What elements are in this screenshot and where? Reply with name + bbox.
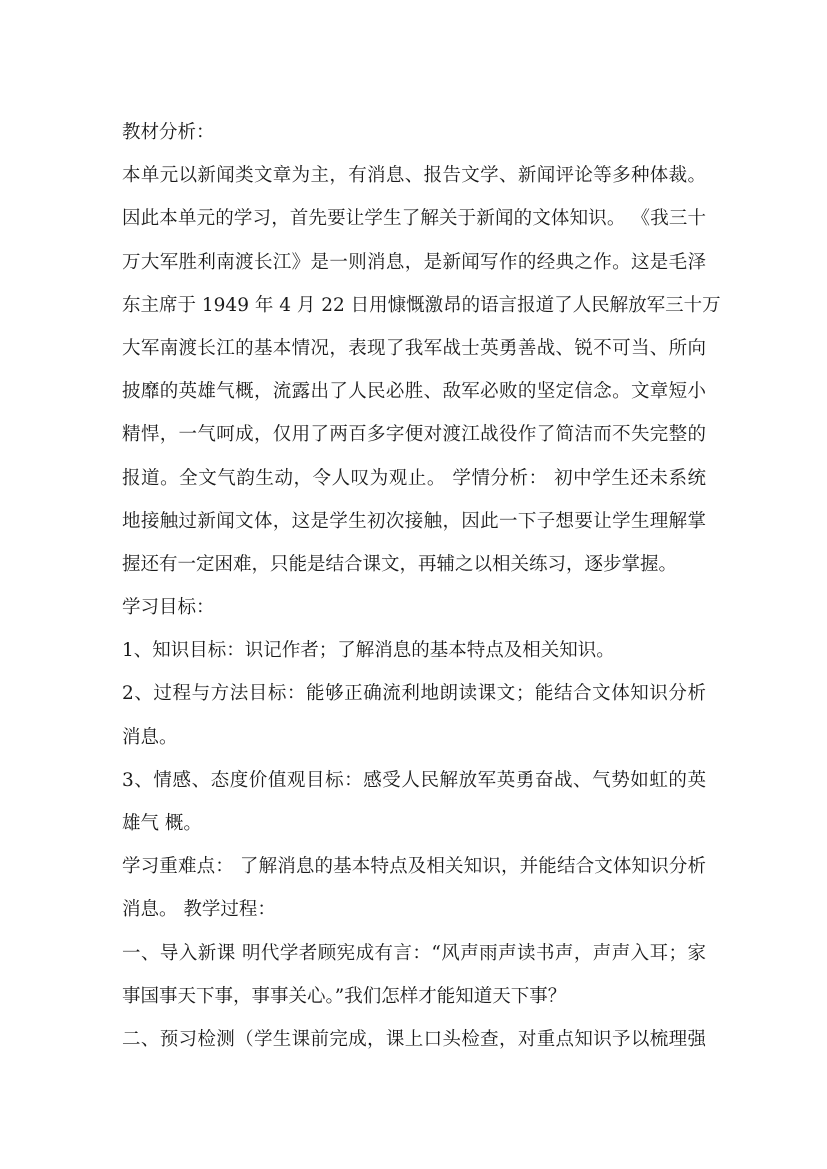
paragraph-line: 披靡的英雄气概，流露出了人民必胜、敌军必败的坚定信念。文章短小 [122, 370, 706, 413]
process-step-2: 二、预习检测（学生课前完成，课上口头检查，对重点知识予以梳理强 [122, 1018, 706, 1061]
paragraph-line: 握还有一定困难，只能是结合课文，再辅之以相关练习，逐步掌握。 [122, 543, 706, 586]
document-page: 教材分析： 本单元以新闻类文章为主，有消息、报告文学、新闻评论等多种体裁。 因此… [122, 111, 706, 1061]
objective-item-3-continued: 雄气 概。 [122, 802, 706, 845]
objective-item-3: 3、情感、态度价值观目标：感受人民解放军英勇奋战、气势如虹的英 [122, 759, 706, 802]
objective-item-1: 1、知识目标：识记作者；了解消息的基本特点及相关知识。 [122, 629, 706, 672]
process-step-1: 一、导入新课 明代学者顾宪成有言：“风声雨声读书声，声声入耳；家 [122, 932, 706, 975]
paragraph-line: 本单元以新闻类文章为主，有消息、报告文学、新闻评论等多种体裁。 [122, 154, 706, 197]
process-step-1-continued: 事国事天下事，事事关心。”我们怎样才能知道天下事？ [122, 975, 706, 1018]
objective-item-2-continued: 消息。 [122, 716, 706, 759]
paragraph-line: 大军南渡长江的基本情况，表现了我军战士英勇善战、锐不可当、所向 [122, 327, 706, 370]
paragraph-line: 精悍，一气呵成，仅用了两百多字便对渡江战役作了简洁而不失完整的 [122, 413, 706, 456]
paragraph-line: 万大军胜利南渡长江》是一则消息，是新闻写作的经典之作。这是毛泽 [122, 241, 706, 284]
paragraph-line: 东主席于 1949 年 4 月 22 日用慷慨激昂的语言报道了人民解放军三十万 [122, 284, 706, 327]
heading-learning-objectives: 学习目标： [122, 586, 706, 629]
key-difficulties-continued: 消息。 教学过程： [122, 888, 706, 931]
paragraph-line: 地接触过新闻文体，这是学生初次接触，因此一下子想要让学生理解掌 [122, 500, 706, 543]
heading-textbook-analysis: 教材分析： [122, 111, 706, 154]
objective-item-2: 2、过程与方法目标：能够正确流利地朗读课文；能结合文体知识分析 [122, 672, 706, 715]
paragraph-line: 报道。全文气韵生动，令人叹为观止。 学情分析： 初中学生还未系统 [122, 457, 706, 500]
key-difficulties-line: 学习重难点： 了解消息的基本特点及相关知识，并能结合文体知识分析 [122, 845, 706, 888]
paragraph-line: 因此本单元的学习，首先要让学生了解关于新闻的文体知识。 《我三十 [122, 197, 706, 240]
